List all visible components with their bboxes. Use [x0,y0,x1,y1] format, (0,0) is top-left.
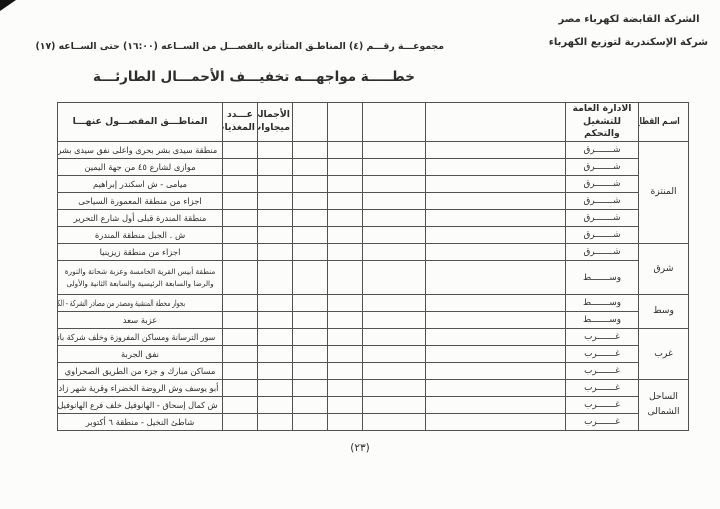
admin-cell: شـــــــرق [566,244,639,261]
admin-cell: غـــــــرب [566,397,639,414]
table-row: شـــــــرقميامى - ش اسكندر إبراهيم [58,176,689,193]
empty-cell [328,210,363,227]
table-row: شـــــــرقمنطقة المندرة قبلى أول شارع ال… [58,210,689,227]
area-cell: منطقة أبيس القرية الخامسة وعزبة شحاتة وا… [58,261,223,295]
area-cell: اجزاء من منطقة زيزينيا [58,244,223,261]
feeders-cell [223,397,258,414]
load-shedding-table: اسـم القطاع الادارة العامة للتشغيل والتح… [57,102,689,431]
megawatts-cell [258,414,293,431]
megawatts-cell [258,261,293,295]
empty-cell [293,193,328,210]
megawatts-cell [258,244,293,261]
megawatts-cell [258,227,293,244]
megawatts-cell [258,346,293,363]
empty-cell [426,397,566,414]
megawatts-cell [258,329,293,346]
sector-cell: شرق [639,244,689,295]
empty-cell [363,142,426,159]
empty-cell [363,312,426,329]
empty-cell [363,227,426,244]
feeders-cell [223,193,258,210]
feeders-cell [223,244,258,261]
area-cell: نفق الجربة [58,346,223,363]
empty-cell [293,142,328,159]
empty-cell [363,210,426,227]
table-row: غـــــــربمساكن مبارك و جزء من الطريق ال… [58,363,689,380]
empty-cell [426,227,566,244]
table-row: غـــــــربش كمال إسحاق - الهانوفيل خلف ف… [58,397,689,414]
sector-cell: وسط [639,295,689,329]
empty-cell [426,363,566,380]
subsidiary-name: شركة الإسكندرية لتوزيع الكهرباء [550,37,708,49]
table-row: غـــــــربنفق الجربة [58,346,689,363]
admin-cell: شـــــــرق [566,227,639,244]
feeders-cell [223,261,258,295]
feeders-cell [223,159,258,176]
area-cell: مساكن مبارك و جزء من الطريق الصحراوي [58,363,223,380]
feeders-cell [223,176,258,193]
empty-cell [328,397,363,414]
area-cell: ش . الجبل منطقة المندرة [58,227,223,244]
col-header-sector: اسـم القطاع [639,103,689,142]
empty-cell [426,159,566,176]
table-row: غربغـــــــربسور الترسانة ومساكن المفروز… [58,329,689,346]
admin-cell: غـــــــرب [566,380,639,397]
feeders-cell [223,363,258,380]
table-row: غـــــــربشاطئ النخيل - منطقة ٦ أكتوبر [58,414,689,431]
empty-cell [328,380,363,397]
group-subtitle: مجموعـــة رقـــم (٤) المناطـق المتأثره ب… [64,41,444,52]
megawatts-cell [258,295,293,312]
table-body: المنتزةشـــــــرقمنطقة سيدى بشر بحرى واع… [58,142,689,431]
scanned-document-page: الشركة القابضة لكهرباء مصر شركة الإسكندر… [0,0,720,509]
admin-cell: غـــــــرب [566,329,639,346]
feeders-cell [223,227,258,244]
empty-cell [363,193,426,210]
area-cell: اجزاء من منطقة المعمورة السياحى [58,193,223,210]
empty-cell [328,261,363,295]
feeders-cell [223,142,258,159]
empty-cell [328,159,363,176]
megawatts-cell [258,176,293,193]
empty-cell [426,142,566,159]
megawatts-cell [258,312,293,329]
table-header: اسـم القطاع الادارة العامة للتشغيل والتح… [58,103,689,142]
empty-cell [293,397,328,414]
empty-cell [328,295,363,312]
sector-cell: الساحل الشمالى [639,380,689,431]
letterhead: الشركة القابضة لكهرباء مصر شركة الإسكندر… [550,14,708,59]
megawatts-cell [258,210,293,227]
empty-cell [363,397,426,414]
empty-cell [363,329,426,346]
feeders-cell [223,380,258,397]
empty-cell [293,227,328,244]
empty-cell [426,261,566,295]
megawatts-cell [258,193,293,210]
empty-cell [328,312,363,329]
empty-cell [328,346,363,363]
table-row: وســـــــطمنطقة أبيس القرية الخامسة وعزب… [58,261,689,295]
megawatts-cell [258,159,293,176]
area-cell: عزبة سعد [58,312,223,329]
col-header-admin: الادارة العامة للتشغيل والتحكم [566,103,639,142]
empty-cell [363,159,426,176]
admin-cell: شـــــــرق [566,142,639,159]
area-cell: منطقة المندرة قبلى أول شارع التحرير [58,210,223,227]
admin-cell: وســـــــط [566,261,639,295]
admin-cell: شـــــــرق [566,210,639,227]
empty-cell [293,329,328,346]
empty-cell [328,244,363,261]
empty-cell [293,159,328,176]
feeders-cell [223,312,258,329]
document-title: خطـــــة مواجهـــه تخفيـــف الأحمـــال ا… [64,69,444,85]
empty-cell [328,227,363,244]
area-cell: ش كمال إسحاق - الهانوفيل خلف فرع الهانوف… [58,397,223,414]
area-cell: موازى لشارع ٤٥ من جهة اليمين [58,159,223,176]
empty-cell [293,244,328,261]
empty-cell [293,346,328,363]
empty-cell [363,295,426,312]
table-row: المنتزةشـــــــرقمنطقة سيدى بشر بحرى واع… [58,142,689,159]
empty-cell [426,346,566,363]
empty-cell [426,329,566,346]
empty-cell [426,312,566,329]
empty-cell [363,414,426,431]
empty-cell [426,193,566,210]
empty-cell [426,380,566,397]
admin-cell: غـــــــرب [566,414,639,431]
table-row: شـــــــرقاجزاء من منطقة المعمورة السياح… [58,193,689,210]
megawatts-cell [258,380,293,397]
empty-cell [426,295,566,312]
empty-cell [426,414,566,431]
empty-cell [363,346,426,363]
empty-cell [426,244,566,261]
empty-cell [328,142,363,159]
sector-cell: غرب [639,329,689,380]
page-number: (٢٣) [295,442,425,454]
admin-cell: شـــــــرق [566,176,639,193]
admin-cell: شـــــــرق [566,193,639,210]
empty-cell [293,380,328,397]
table-row: وسطوســـــــطبجوار محطة المنشية ومصدر من… [58,295,689,312]
col-header-empty-3 [328,103,363,142]
admin-cell: وســـــــط [566,312,639,329]
megawatts-cell [258,142,293,159]
area-cell: ميامى - ش اسكندر إبراهيم [58,176,223,193]
col-header-feeders: عـــدد المغذيات [223,103,258,142]
admin-cell: غـــــــرب [566,346,639,363]
empty-cell [328,414,363,431]
area-cell: منطقة سيدى بشر بحرى واعلى نفق سيدى بشر [58,142,223,159]
feeders-cell [223,414,258,431]
feeders-cell [223,295,258,312]
col-header-megawatts: الأجمالى ميجاوات [258,103,293,142]
admin-cell: وســـــــط [566,295,639,312]
table-row: شرقشـــــــرقاجزاء من منطقة زيزينيا [58,244,689,261]
col-header-empty-1 [426,103,566,142]
empty-cell [293,295,328,312]
empty-cell [293,210,328,227]
empty-cell [328,329,363,346]
empty-cell [293,261,328,295]
empty-cell [426,176,566,193]
table-row: الساحل الشمالىغـــــــربأبو يوسف وش الرو… [58,380,689,397]
sector-cell: المنتزة [639,142,689,244]
table-row: وســـــــطعزبة سعد [58,312,689,329]
col-header-areas: المناطـــق المفصـــول عنهـــا [58,103,223,142]
company-name: الشركة القابضة لكهرباء مصر [550,14,708,26]
empty-cell [363,380,426,397]
empty-cell [293,312,328,329]
header-row: اسـم القطاع الادارة العامة للتشغيل والتح… [58,103,689,142]
empty-cell [426,210,566,227]
area-cell: سور الترسانة ومساكن المفروزة وخلف شركة ب… [58,329,223,346]
area-cell: بجوار محطة المنشية ومصدر من مصادر الشركة… [58,295,223,312]
col-header-empty-2 [363,103,426,142]
empty-cell [328,363,363,380]
empty-cell [363,363,426,380]
megawatts-cell [258,397,293,414]
empty-cell [293,176,328,193]
empty-cell [328,176,363,193]
page-corner-mark [0,0,16,11]
col-header-empty-4 [293,103,328,142]
empty-cell [363,176,426,193]
area-cell: أبو يوسف وش الروضة الخضراء وقرية شهر زاد [58,380,223,397]
megawatts-cell [258,363,293,380]
feeders-cell [223,210,258,227]
feeders-cell [223,329,258,346]
admin-cell: شـــــــرق [566,159,639,176]
empty-cell [328,193,363,210]
empty-cell [363,261,426,295]
admin-cell: غـــــــرب [566,363,639,380]
empty-cell [363,244,426,261]
empty-cell [293,414,328,431]
table-row: شـــــــرقموازى لشارع ٤٥ من جهة اليمين [58,159,689,176]
feeders-cell [223,346,258,363]
empty-cell [293,363,328,380]
area-cell: شاطئ النخيل - منطقة ٦ أكتوبر [58,414,223,431]
table-row: شـــــــرقش . الجبل منطقة المندرة [58,227,689,244]
